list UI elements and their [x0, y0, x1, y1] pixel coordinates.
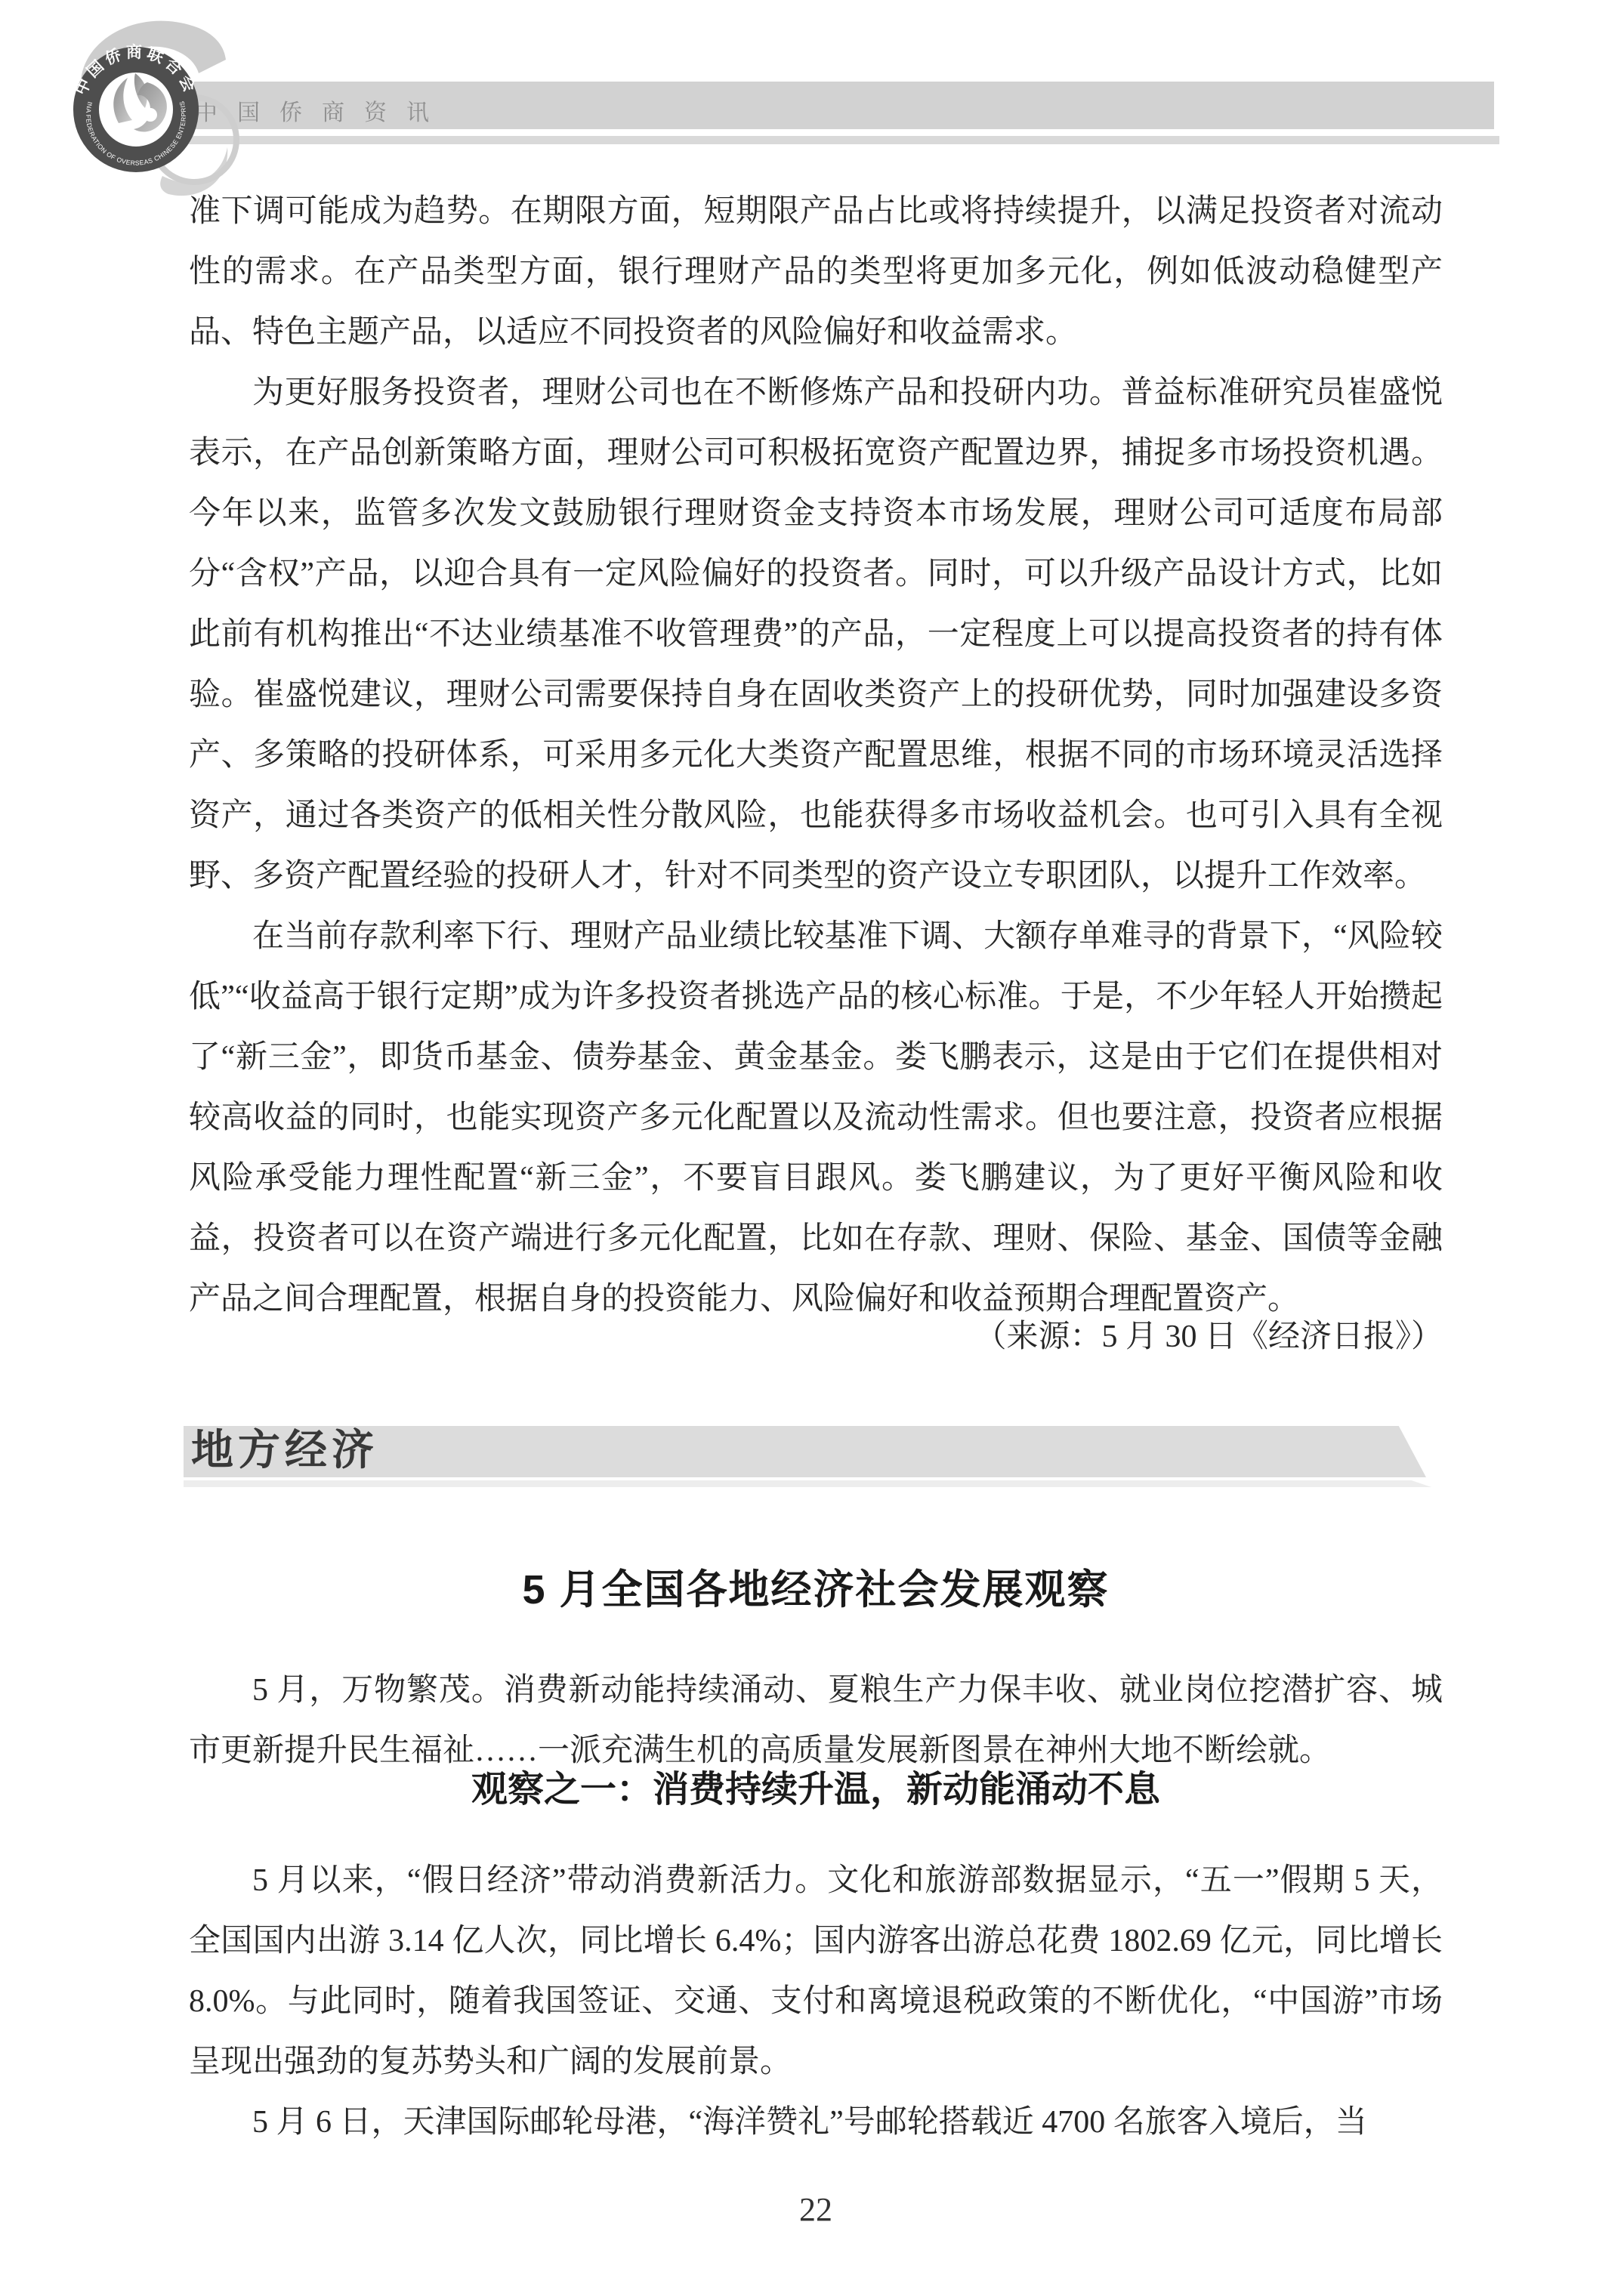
local-paragraph-1: 5 月以来，“假日经济”带动消费新活力。文化和旅游部数据显示，“五一”假期 5 … [189, 1850, 1443, 2092]
finance-paragraph-3: 在当前存款利率下行、理财产品业绩比较基准下调、大额存单难寻的背景下，“风险较低”… [189, 906, 1443, 1329]
local-article-body-continued: 5 月 6 日，天津国际邮轮母港，“海洋赞礼”号邮轮搭载近 4700 名旅客入境… [189, 2060, 1443, 2184]
source-attribution: （来源：5 月 30 日《经济日报》） [189, 1307, 1443, 1367]
finance-paragraph-2: 为更好服务投资者，理财公司也在不断修炼产品和投研内功。普益标准研究员崔盛悦表示，… [189, 363, 1443, 906]
section-banner: 地方经济 [184, 1426, 1426, 1477]
federation-logo-icon: 中国侨商联合会 CHINA FEDERATION OF OVERSEAS CHI… [34, 4, 245, 200]
observation-subheading: 观察之一：消费持续升温，新动能涌动不息 [189, 1760, 1443, 1820]
newsletter-page: 中国侨商资讯 中国侨商联合会 CHINA FEDERATION [0, 0, 1624, 2293]
finance-article-body: 准下调可能成为趋势。在期限方面，短期限产品占比或将持续提升，以满足投资者对流动性… [189, 181, 1443, 1329]
article-title: 5 月全国各地经济社会发展观察 [189, 1557, 1443, 1616]
page-number: 22 [189, 2190, 1443, 2229]
local-paragraph-2: 5 月 6 日，天津国际邮轮母港，“海洋赞礼”号邮轮搭载近 4700 名旅客入境… [189, 2092, 1443, 2153]
section-banner-title: 地方经济 [184, 1426, 1426, 1476]
section-banner-underline [184, 1480, 1431, 1487]
header-banner-strip [151, 136, 1499, 144]
finance-paragraph-1: 准下调可能成为趋势。在期限方面，短期限产品占比或将持续提升，以满足投资者对流动性… [189, 181, 1443, 363]
